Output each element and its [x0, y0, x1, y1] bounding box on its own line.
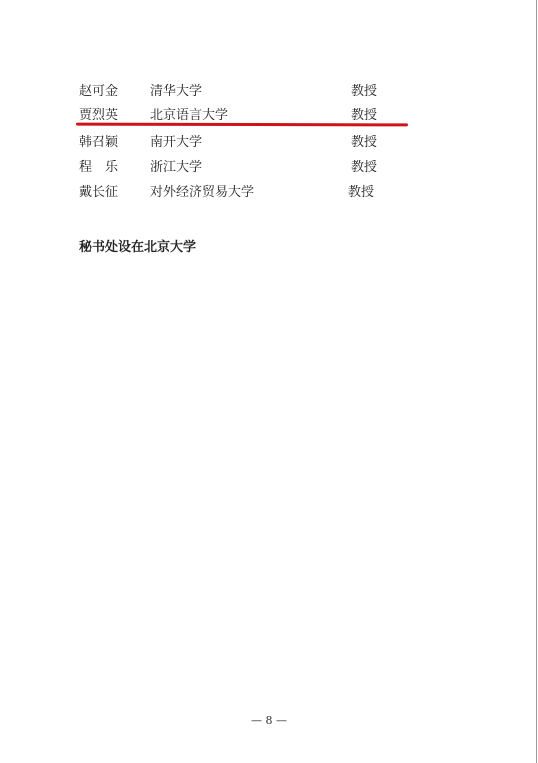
member-org: 南开大学 — [150, 133, 202, 153]
member-org: 对外经济贸易大学 — [150, 183, 254, 203]
member-title: 教授 — [351, 158, 377, 178]
member-org: 清华大学 — [150, 82, 202, 102]
member-title: 教授 — [351, 82, 377, 102]
member-title: 教授 — [348, 183, 374, 203]
page-number: — 8 — — [0, 714, 538, 727]
red-underline-annotation — [76, 123, 408, 127]
member-org: 浙江大学 — [150, 158, 202, 178]
member-name: 戴长征 — [79, 183, 118, 203]
page-edge — [536, 0, 537, 763]
member-name: 程 乐 — [79, 158, 118, 178]
member-name: 赵可金 — [79, 82, 118, 102]
secretariat-note: 秘书处设在北京大学 — [79, 236, 196, 255]
member-name: 韩召颖 — [79, 133, 118, 153]
member-title: 教授 — [351, 133, 377, 153]
